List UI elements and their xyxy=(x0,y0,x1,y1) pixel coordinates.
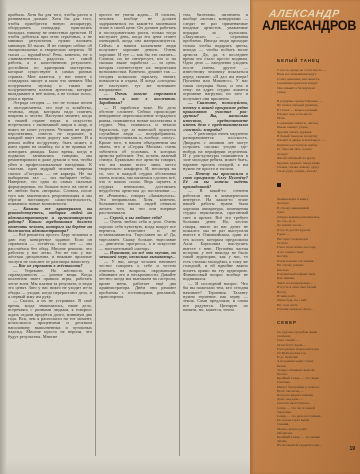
poem-north: СЕВЕР По крутым сугробам лыжиСкользят,Сн… xyxy=(277,320,357,448)
article-column-3: том, билетами, питанием и вообще «всеми»… xyxy=(183,13,248,456)
article-paragraph: — Всё решается просто. Беру человека и д… xyxy=(8,233,92,264)
poem-lines: Лыжня ведёт в книгуЛесную,В строку невид… xyxy=(277,197,357,312)
column-rule xyxy=(95,13,96,456)
poem-lines: По крутым сугробам лыжиСкользят,Снег сле… xyxy=(277,330,357,448)
poem-line: И наши лыжи на снегу... xyxy=(277,307,357,311)
page-number: 19 xyxy=(349,446,355,452)
poem-lines: У нас во дворе не стало места —Ведь все … xyxy=(277,68,357,174)
article-column-1: прибыль. Хотя бы для того, чтобы расти и… xyxy=(8,13,92,456)
article-area: прибыль. Хотя бы для того, чтобы расти и… xyxy=(0,0,250,474)
article-paragraph: — У нас, когда человек начинает честно г… xyxy=(99,260,176,300)
magazine-page: прибыль. Хотя бы для того, чтобы расти и… xyxy=(0,0,360,474)
section-divider-icon xyxy=(277,183,281,187)
column-rule xyxy=(179,13,180,456)
article-paragraph: прибыль. Хотя бы для того, чтобы расти и… xyxy=(8,13,92,101)
article-paragraph: — Какими же критериями вы руководствуете… xyxy=(8,207,92,233)
poetry-panel: АЛЕКСАНДР АЛЕКСАНДРОВ БЕЛЫЙ ТАНЕЦ У нас … xyxy=(250,0,360,474)
poem-white-dance: БЕЛЫЙ ТАНЕЦ У нас во дворе не стало мест… xyxy=(277,58,357,174)
article-paragraph: — Почему вы пригласили в свою программу … xyxy=(183,172,248,190)
author-last-name: АЛЕКСАНДРОВ xyxy=(262,18,356,33)
poem-title: БЕЛЫЙ ТАНЕЦ xyxy=(277,58,357,63)
article-paragraph: — И заработки тоже. Но дело обстоит слож… xyxy=(99,106,176,216)
poem-untitled: Лыжня ведёт в книгуЛесную,В строку невид… xyxy=(277,197,357,312)
article-paragraph: — В какой-то степени работали мы в комме… xyxy=(183,189,248,282)
article-paragraph: — Очень многие стремятся попасть к вам в… xyxy=(99,92,176,105)
article-paragraph: — И последний вопрос. Что бы вы пожелали… xyxy=(183,282,248,313)
poem-title: СЕВЕР xyxy=(277,320,357,325)
article-paragraph: — У разговора очень медленно разворачива… xyxy=(183,132,248,172)
article-paragraph: том, билетами, питанием и вообще «всеми»… xyxy=(183,13,248,101)
article-paragraph: — Сказал, я их не устраивал. В своё врем… xyxy=(8,299,92,339)
article-paragraph: — Упрекают. Но жёсткость и справедливост… xyxy=(8,269,92,300)
article-paragraph: — Очень люблю себя и дело. Очень хорошо … xyxy=(99,220,176,251)
article-column-2: просто не умели ждать... Я считаю, челов… xyxy=(99,13,176,456)
poem-line: На игольчатой груди России... xyxy=(277,443,357,447)
article-paragraph: Эстрада сегодня — это не только песни и … xyxy=(8,101,92,207)
article-paragraph: просто не умели ждать... Я считаю, челов… xyxy=(99,13,176,92)
poem-line: Свою руку отдашь, желая? xyxy=(277,169,357,173)
article-paragraph: — Скажите, пожалуйста, почему в вашей пр… xyxy=(183,101,248,132)
